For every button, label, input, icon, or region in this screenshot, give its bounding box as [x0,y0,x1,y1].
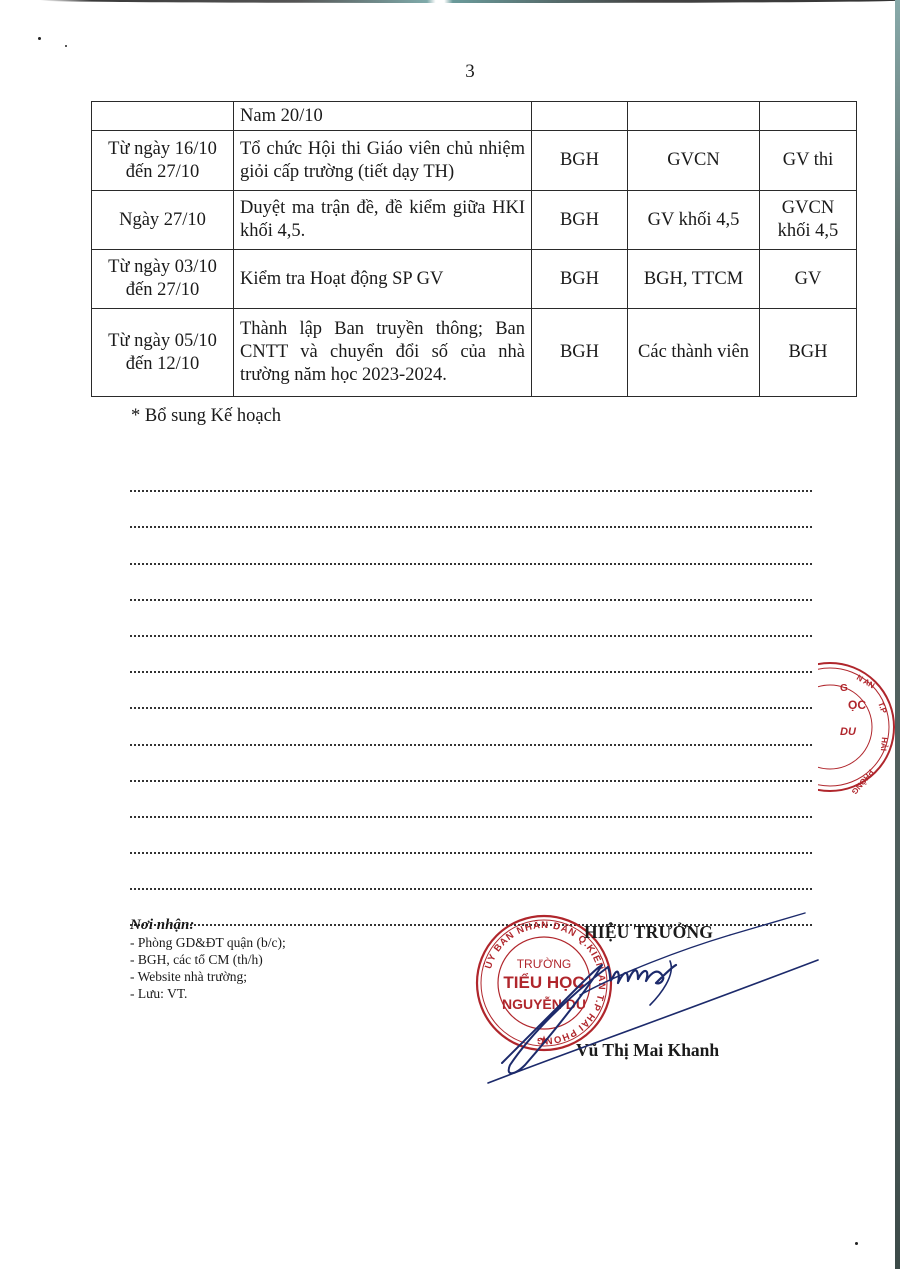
content-cell: Kiểm tra Hoạt động SP GV [234,250,532,309]
svg-text:HẢI: HẢI [879,737,889,752]
handwritten-signature [480,905,820,1090]
recipient-item: - Lưu: VT. [130,985,286,1002]
participants-cell [760,102,857,131]
recipient-item: - BGH, các tổ CM (th/h) [130,951,286,968]
executor-cell: BGH, TTCM [628,250,760,309]
svg-text:G: G [840,683,848,694]
content-cell: Duyệt ma trận đề, đề kiểm giữa HKI khối … [234,191,532,250]
supplement-blank-lines [130,456,812,926]
blank-line [130,601,812,637]
recipients-heading: Nơi nhận: [130,916,286,934]
scan-speck [855,1242,858,1245]
scan-top-edge [40,0,900,3]
time-cell: Từ ngày 03/10 đến 27/10 [92,250,234,309]
participants-cell: GV thi [760,131,857,191]
content-cell: Nam 20/10 [234,102,532,131]
blank-line [130,565,812,601]
recipients-block: Nơi nhận: - Phòng GD&ĐT quận (b/c); - BG… [130,916,286,1002]
svg-text:N AN: N AN [855,673,876,691]
blank-line [130,854,812,890]
blank-line [130,528,812,564]
time-cell [92,102,234,131]
recipient-item: - Phòng GD&ĐT quận (b/c); [130,934,286,951]
participants-cell: GVCN khối 4,5 [760,191,857,250]
time-cell: Từ ngày 05/10 đến 12/10 [92,309,234,397]
blank-line [130,492,812,528]
partial-seal-stamp: ỌC G DU N AN T.P HẢI PHÒNG [818,657,898,797]
table-row: Từ ngày 05/10 đến 12/10Thành lập Ban tru… [92,309,857,397]
svg-text:PHÒNG: PHÒNG [850,768,876,796]
executor-cell: Các thành viên [628,309,760,397]
lead-cell: BGH [532,131,628,191]
blank-line [130,818,812,854]
participants-cell: BGH [760,309,857,397]
content-cell: Tổ chức Hội thi Giáo viên chủ nhiệm giỏi… [234,131,532,191]
plan-table: Nam 20/10Từ ngày 16/10 đến 27/10Tổ chức … [91,101,857,397]
content-cell: Thành lập Ban truyền thông; Ban CNTT và … [234,309,532,397]
time-cell: Ngày 27/10 [92,191,234,250]
scan-speck [38,37,41,40]
table-row: Nam 20/10 [92,102,857,131]
time-cell: Từ ngày 16/10 đến 27/10 [92,131,234,191]
executor-cell: GVCN [628,131,760,191]
blank-line [130,456,812,492]
executor-cell: GV khối 4,5 [628,191,760,250]
lead-cell: BGH [532,191,628,250]
svg-text:DU: DU [840,726,857,738]
blank-line [130,746,812,782]
blank-line [130,673,812,709]
lead-cell [532,102,628,131]
executor-cell [628,102,760,131]
participants-cell: GV [760,250,857,309]
page-number: 3 [0,61,900,83]
svg-text:ỌC: ỌC [848,698,866,712]
scan-right-edge [895,0,900,1269]
lead-cell: BGH [532,309,628,397]
scan-speck [65,45,67,47]
table-row: Ngày 27/10Duyệt ma trận đề, đề kiểm giữa… [92,191,857,250]
lead-cell: BGH [532,250,628,309]
blank-line [130,637,812,673]
table-row: Từ ngày 16/10 đến 27/10Tổ chức Hội thi G… [92,131,857,191]
supplement-title: * Bổ sung Kế hoạch [131,406,281,427]
blank-line [130,709,812,745]
recipient-item: - Website nhà trường; [130,968,286,985]
table-row: Từ ngày 03/10 đến 27/10Kiểm tra Hoạt độn… [92,250,857,309]
blank-line [130,782,812,818]
